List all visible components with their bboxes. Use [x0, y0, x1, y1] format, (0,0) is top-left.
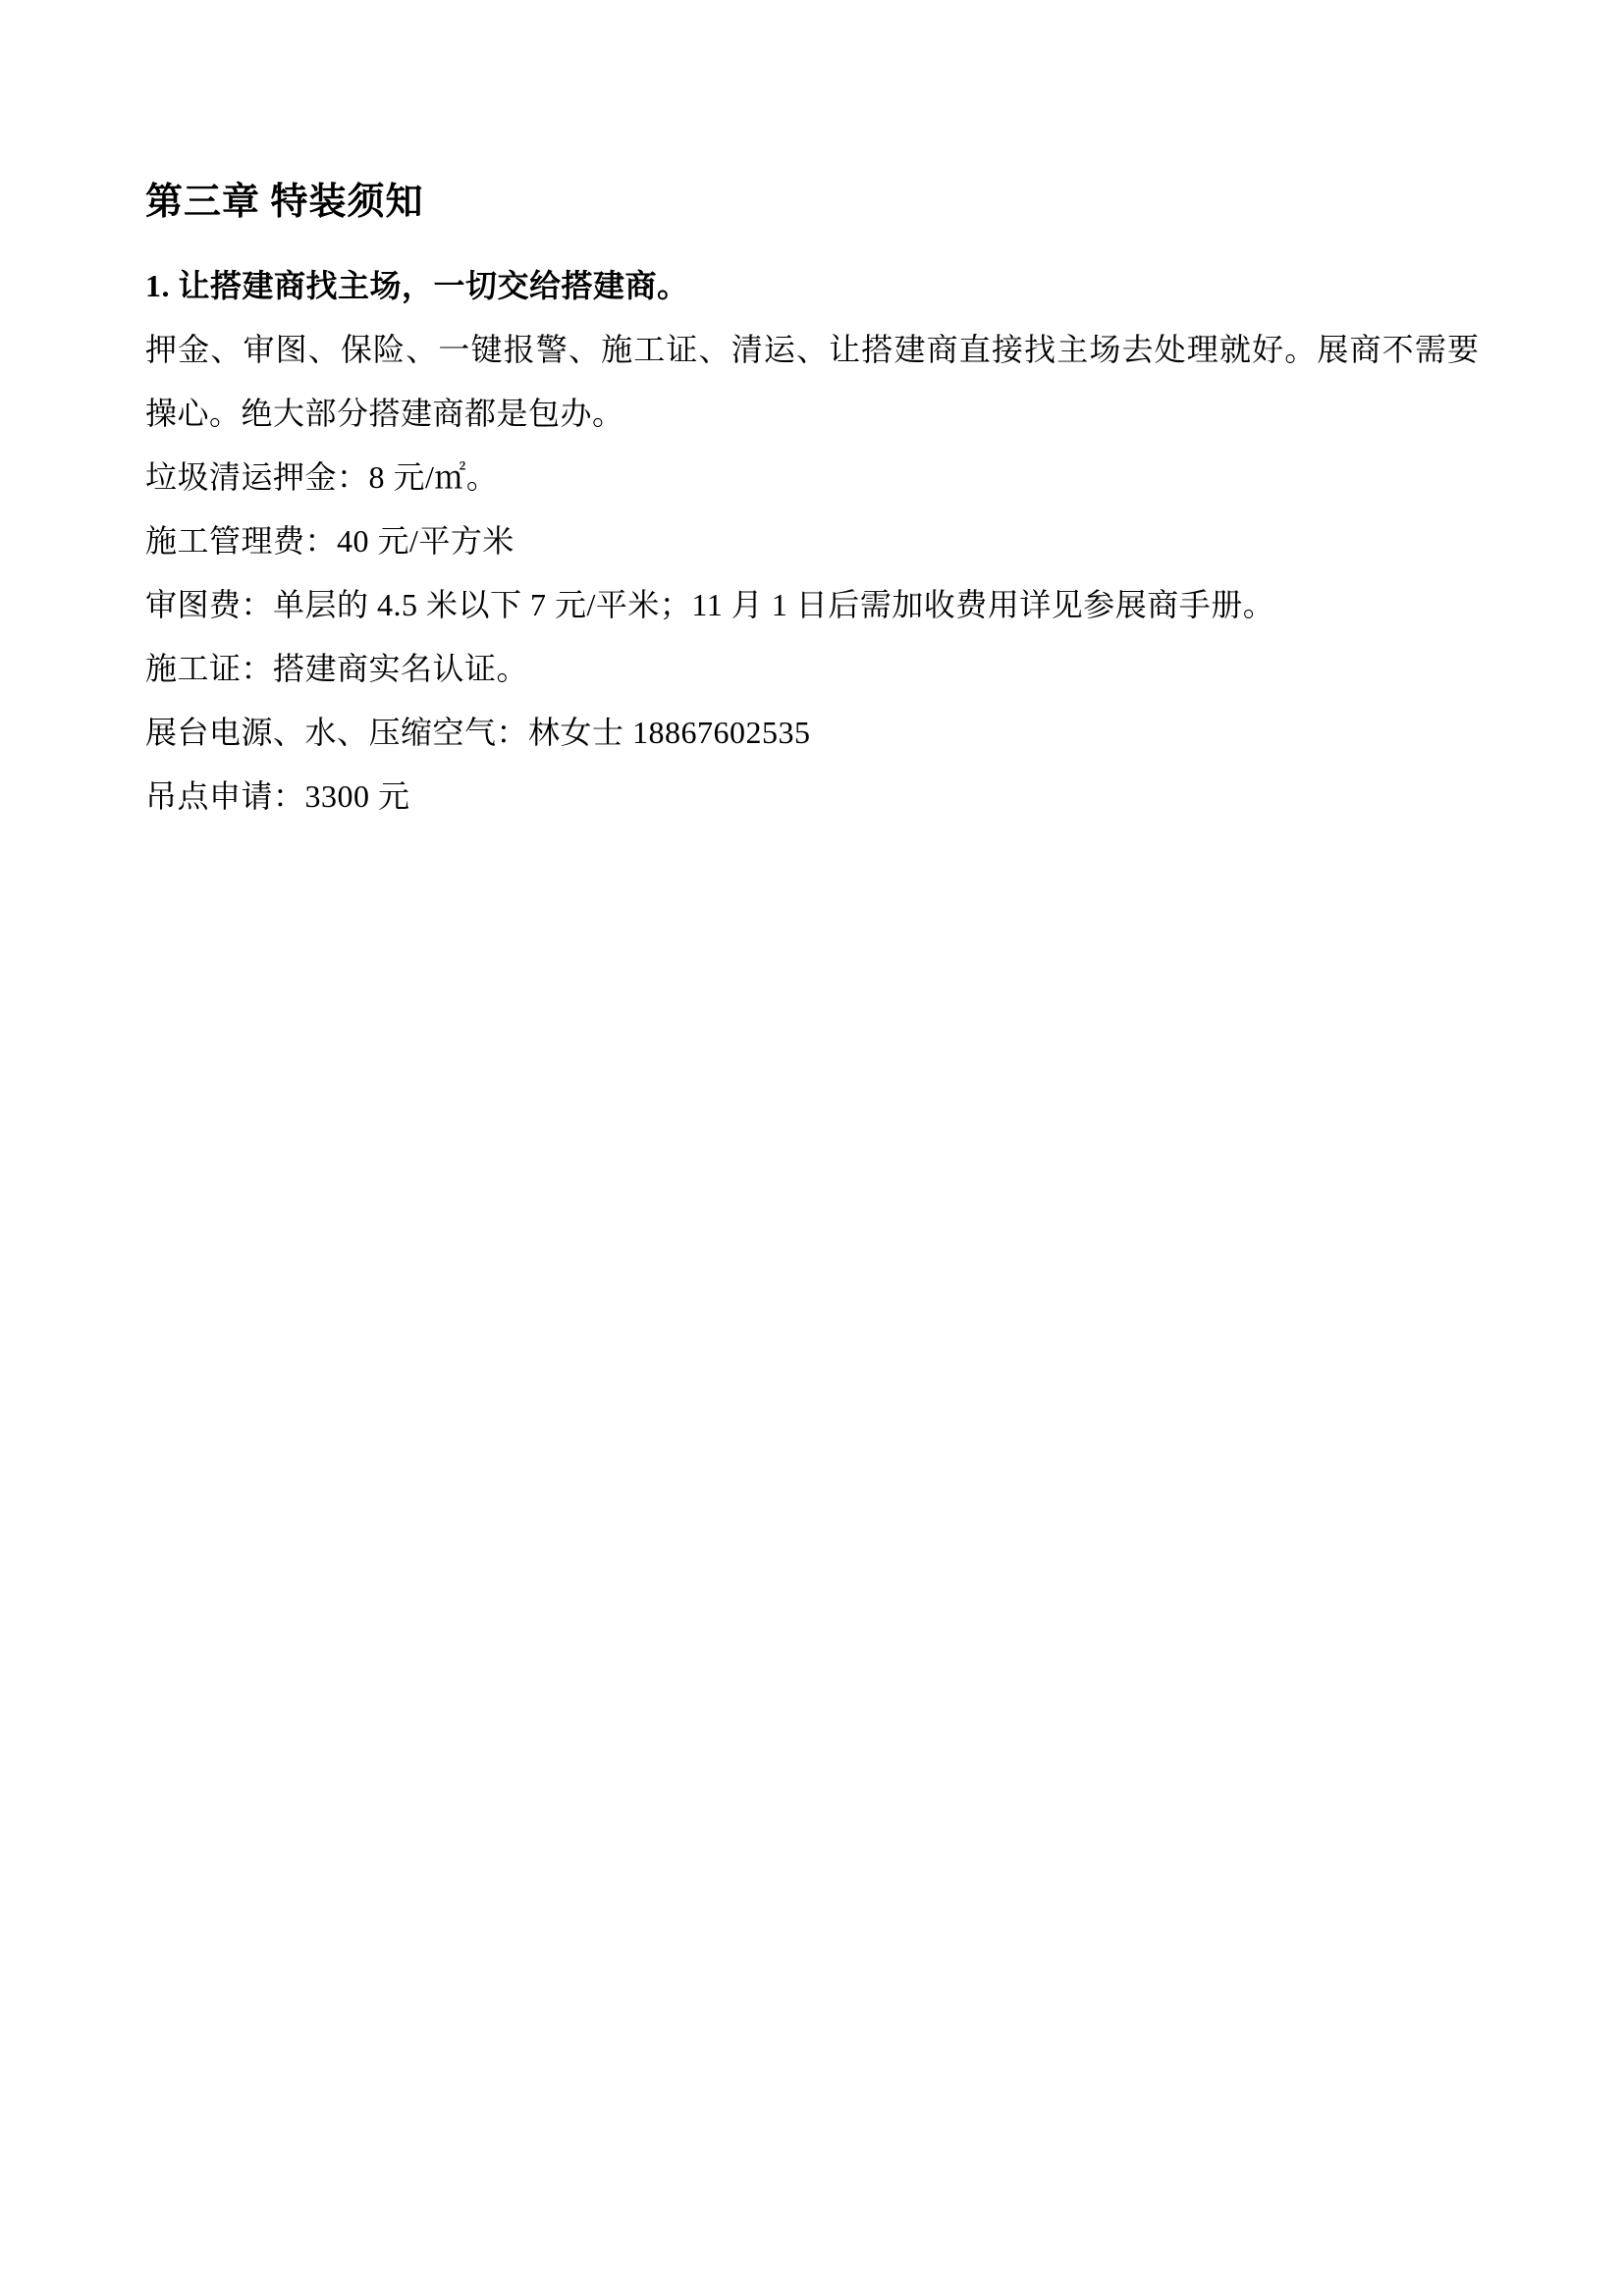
paragraph-line-1: 押金、审图、保险、一键报警、施工证、清运、让搭建商直接找主场去处理就好。展商不需… — [145, 318, 1479, 382]
fee-line-drawing-review: 审图费：单层的 4.5 米以下 7 元/平米；11 月 1 日后需加收费用详见参… — [145, 573, 1479, 637]
fee-line-construction-permit: 施工证：搭建商实名认证。 — [145, 637, 1479, 701]
document-page: 第三章 特装须知 1. 让搭建商找主场，一切交给搭建商。 押金、审图、保险、一键… — [0, 0, 1624, 2296]
fee-line-rigging-point: 吊点申请：3300 元 — [145, 765, 1479, 828]
paragraph-line-2: 操心。绝大部分搭建商都是包办。 — [145, 382, 1479, 446]
document-content: 第三章 特装须知 1. 让搭建商找主场，一切交给搭建商。 押金、审图、保险、一键… — [0, 0, 1624, 828]
contact-line-utilities: 展台电源、水、压缩空气：林女士 18867602535 — [145, 701, 1479, 765]
fee-line-garbage-deposit: 垃圾清运押金：8 元/㎡。 — [145, 446, 1479, 509]
fee-line-construction-management: 施工管理费：40 元/平方米 — [145, 509, 1479, 573]
section-heading: 1. 让搭建商找主场，一切交给搭建商。 — [145, 254, 1479, 318]
chapter-title: 第三章 特装须知 — [145, 180, 1479, 225]
